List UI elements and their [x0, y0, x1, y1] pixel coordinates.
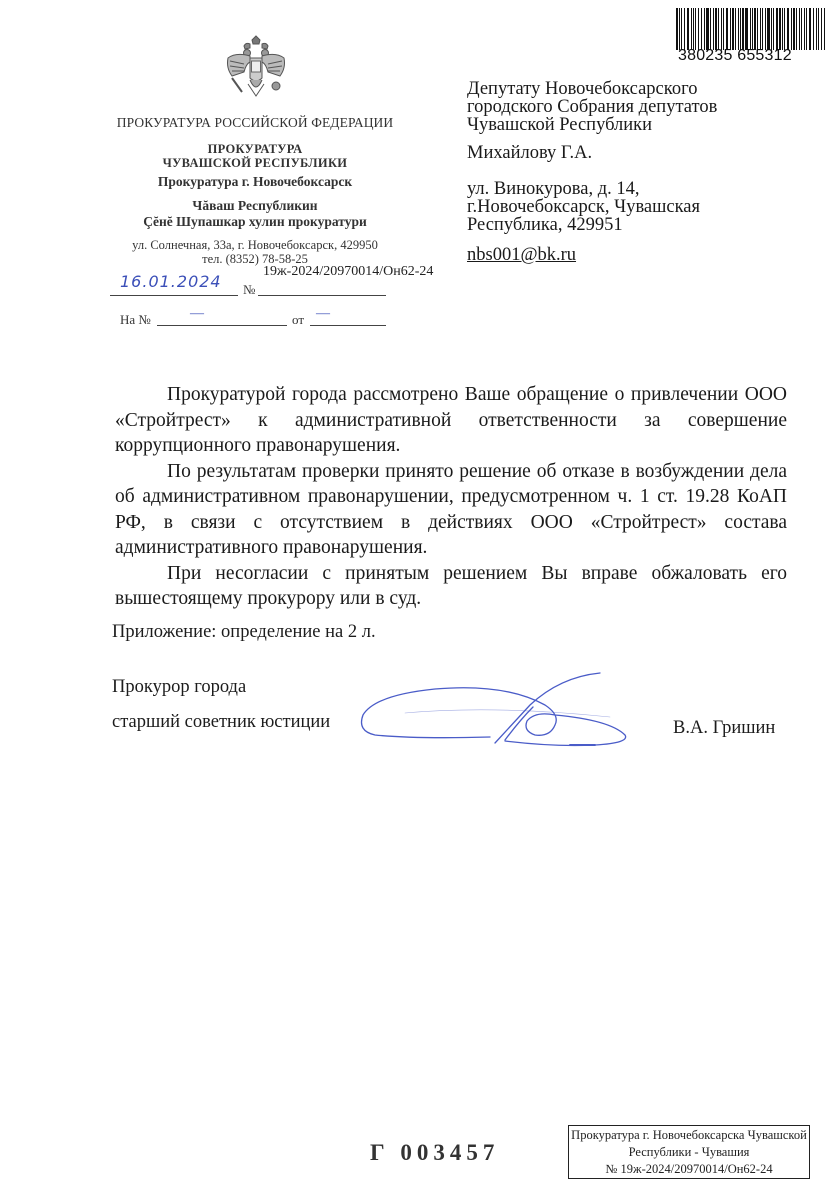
- signer-name: В.А. Гришин: [673, 718, 775, 739]
- letterhead-chuvash-line1: Чăваш Республикин: [100, 198, 410, 214]
- from-line: [310, 325, 386, 326]
- form-serial-number: Г 003457: [370, 1140, 499, 1166]
- letterhead-republic-line1: ПРОКУРАТУРА: [100, 142, 410, 156]
- registry-stamp: Прокуратура г. Новочебоксарска Чувашской…: [568, 1125, 810, 1179]
- addressee-line1: Депутату Новочебоксарского: [467, 80, 717, 98]
- barcode: 380235 655312: [676, 8, 826, 66]
- addressee-address: ул. Винокурова, д. 14, г.Новочебоксарск,…: [467, 180, 700, 234]
- stamp-line2: Республики - Чувашия: [569, 1144, 809, 1161]
- from-label: от: [292, 312, 304, 328]
- barcode-icon: [676, 8, 826, 50]
- letterhead-contacts: ул. Солнечная, 33а, г. Новочебоксарск, 4…: [100, 238, 410, 266]
- handwritten-signature-icon: [355, 665, 650, 760]
- date-line: [110, 295, 238, 296]
- barcode-number: 380235 655312: [678, 47, 828, 65]
- addressee-address3: Республика, 429951: [467, 216, 700, 234]
- stamp-line1: Прокуратура г. Новочебоксарска Чувашской: [569, 1127, 809, 1144]
- addressee-address1: ул. Винокурова, д. 14,: [467, 180, 700, 198]
- ref-label: На №: [120, 312, 151, 328]
- addressee-position: Депутату Новочебоксарского городского Со…: [467, 80, 717, 134]
- ref-value: —: [190, 306, 204, 322]
- letter-body: Прокуратурой города рассмотрено Ваше обр…: [115, 382, 787, 612]
- letterhead-chuvash-line2: Çĕнĕ Шупашкар хулин прокуратури: [100, 214, 410, 230]
- from-value: —: [316, 306, 330, 322]
- letterhead-republic-line2: ЧУВАШСКОЙ РЕСПУБЛИКИ: [100, 156, 410, 170]
- letterhead-address: ул. Солнечная, 33а, г. Новочебоксарск, 4…: [100, 238, 410, 252]
- registration-number: 19ж-2024/20970014/Он62-24: [263, 264, 433, 280]
- stamp-line3: № 19ж-2024/20970014/Он62-24: [569, 1161, 809, 1178]
- addressee-line2: городского Собрания депутатов: [467, 98, 717, 116]
- addressee-address2: г.Новочебоксарск, Чувашская: [467, 198, 700, 216]
- letterhead-city-office: Прокуратура г. Новочебоксарск: [100, 174, 410, 190]
- signer-title: Прокурор города: [112, 677, 246, 698]
- number-label: №: [243, 282, 255, 298]
- addressee-name: Михайлову Г.А.: [467, 144, 592, 162]
- registration-date: 16.01.2024: [120, 272, 222, 291]
- attachment-note: Приложение: определение на 2 л.: [112, 622, 376, 643]
- letterhead-chuvash: Чăваш Республикин Çĕнĕ Шупашкар хулин пр…: [100, 198, 410, 230]
- body-paragraph-2: По результатам проверки принято решение …: [115, 459, 787, 561]
- number-line: [258, 295, 386, 296]
- body-paragraph-3: При несогласии с принятым решением Вы вп…: [115, 561, 787, 612]
- addressee-email[interactable]: nbs001@bk.ru: [467, 246, 576, 264]
- ref-line: [157, 325, 287, 326]
- letterhead-federation: ПРОКУРАТУРА РОССИЙСКОЙ ФЕДЕРАЦИИ: [100, 115, 410, 131]
- double-headed-eagle-emblem-icon: [218, 34, 294, 104]
- body-paragraph-1: Прокуратурой города рассмотрено Ваше обр…: [115, 382, 787, 459]
- addressee-line3: Чувашской Республики: [467, 116, 717, 134]
- letterhead-republic: ПРОКУРАТУРА ЧУВАШСКОЙ РЕСПУБЛИКИ: [100, 142, 410, 170]
- signer-rank: старший советник юстиции: [112, 712, 330, 733]
